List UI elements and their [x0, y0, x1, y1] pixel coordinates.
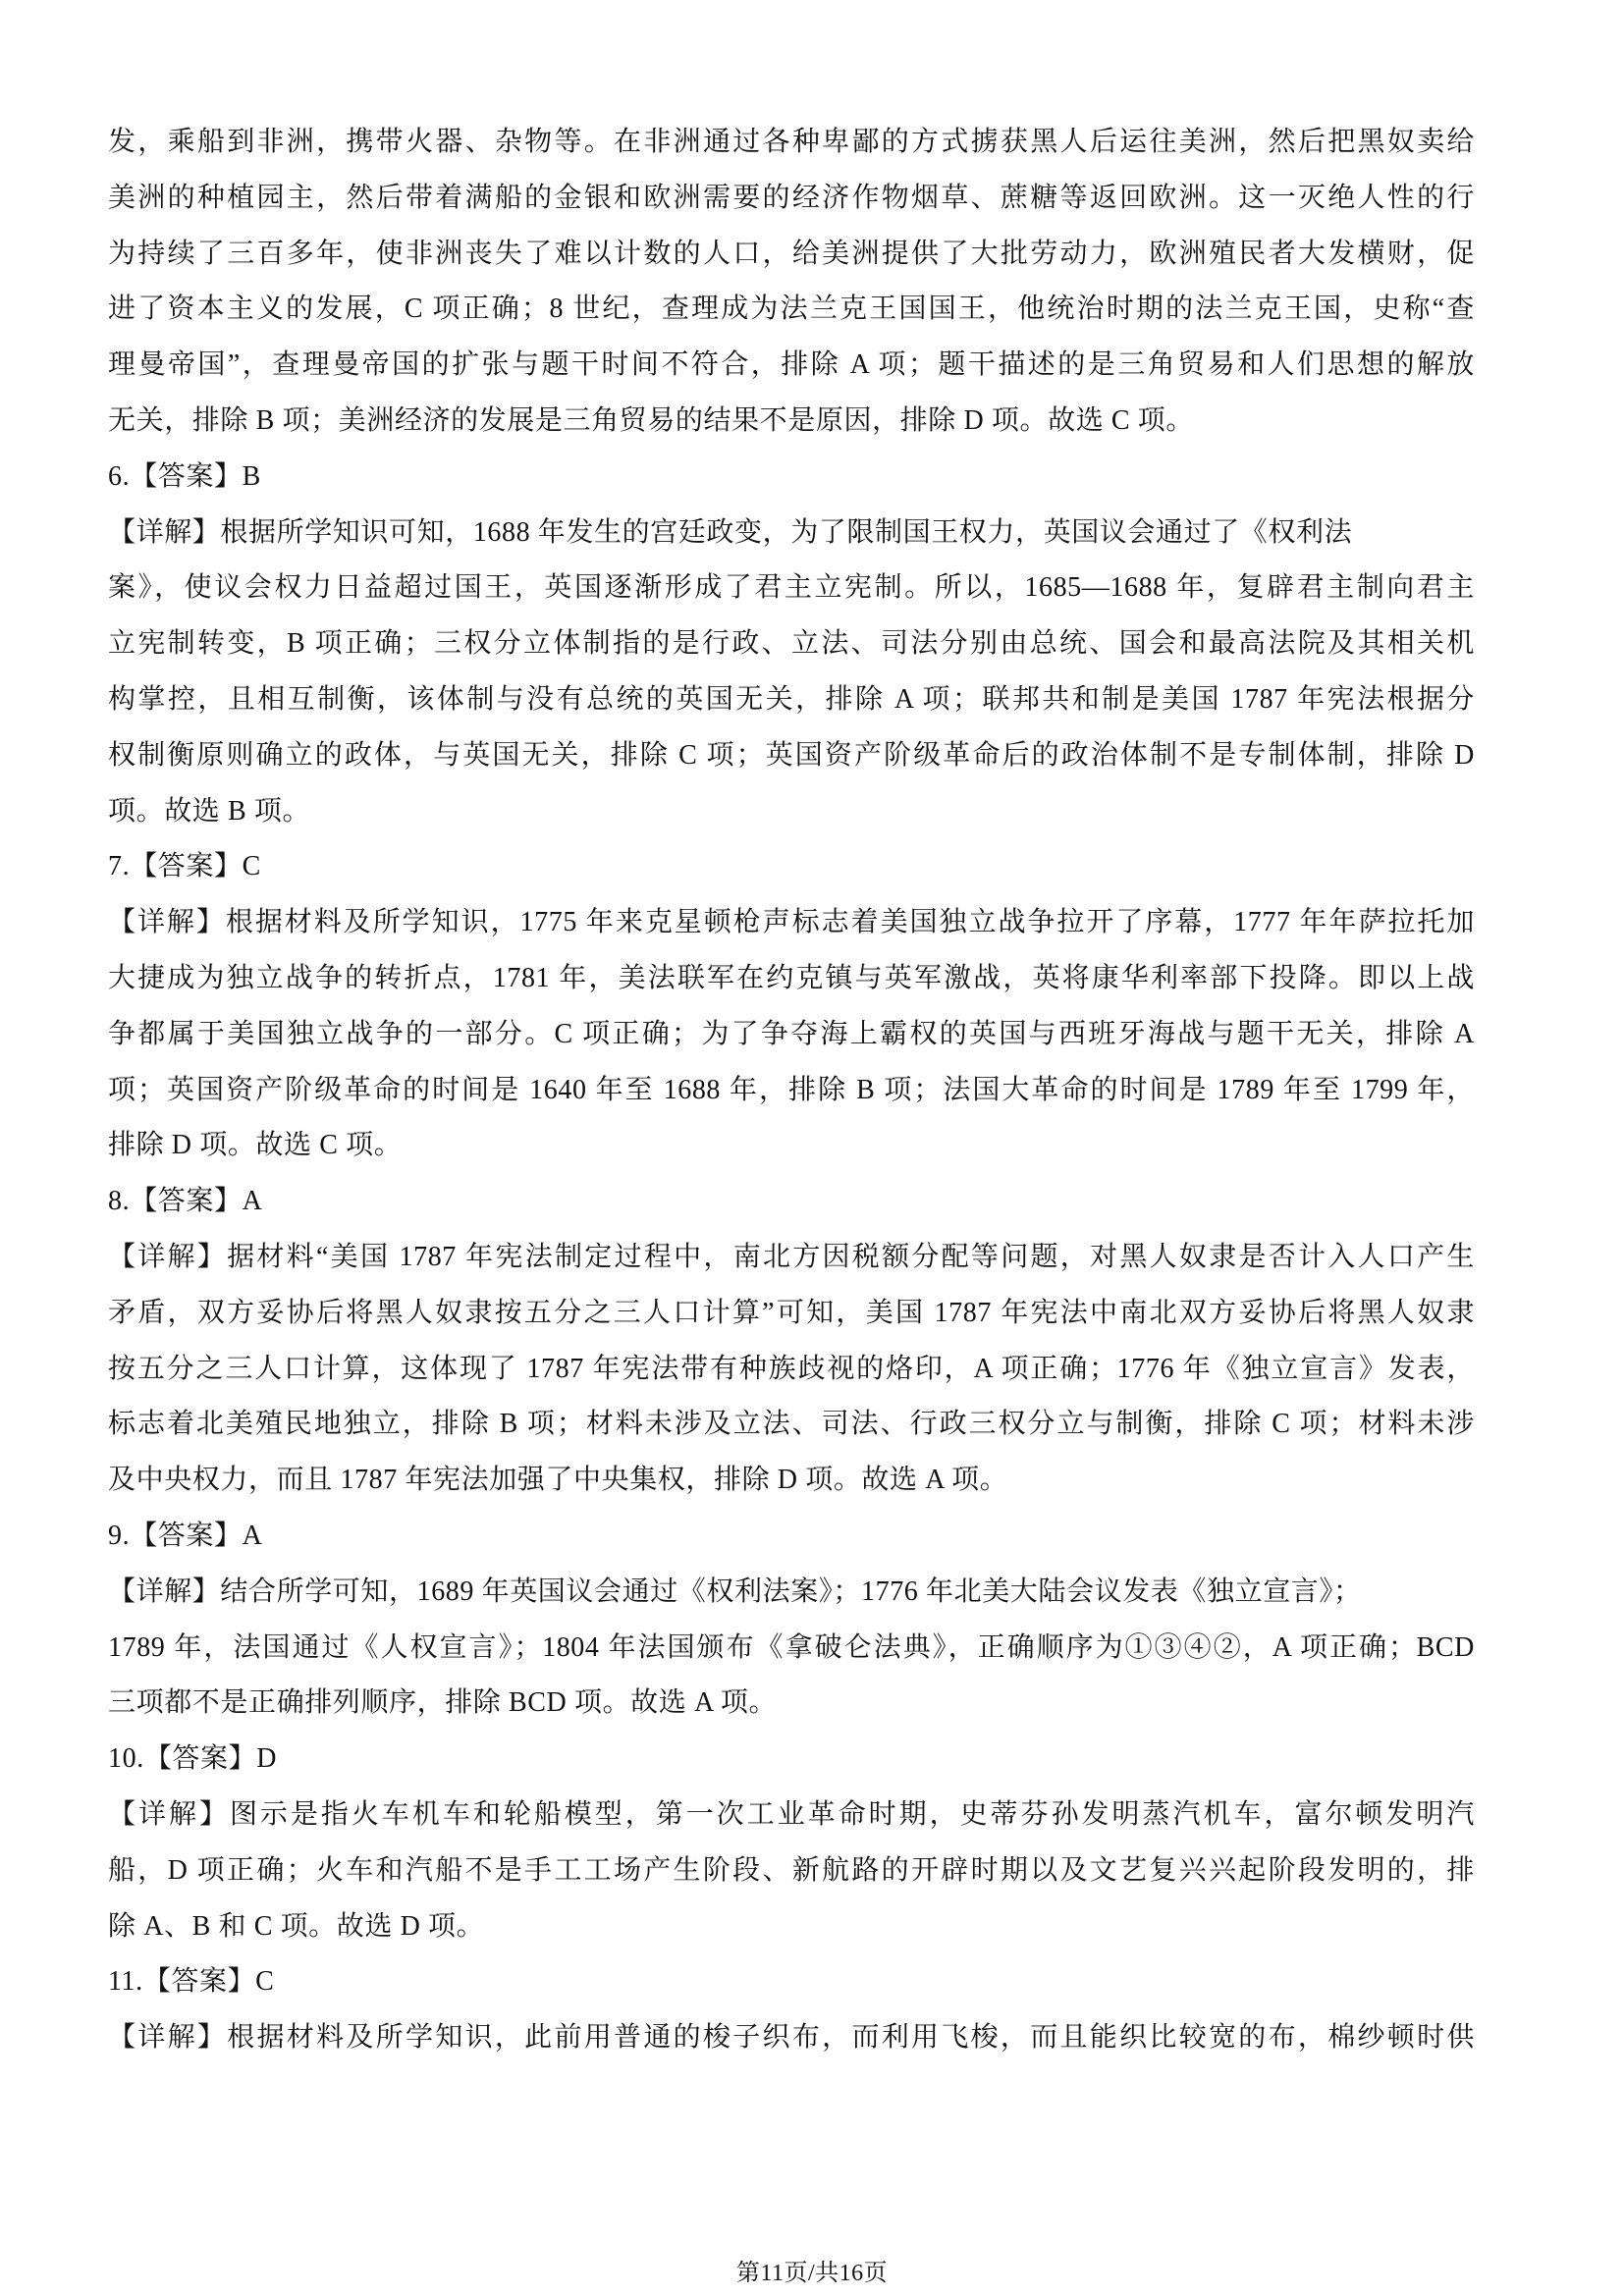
question-number: 10. [108, 1743, 144, 1774]
detail-line: 按五分之三人口计算，这体现了 1787 年宪法带有种族歧视的烙印，A 项正确；1… [108, 1342, 1475, 1398]
answer-letter: C [243, 851, 261, 881]
detail-line: 项；英国资产阶级革命的时间是 1640 年至 1688 年，排除 B 项；法国大… [108, 1063, 1475, 1119]
answer-letter: B [243, 461, 261, 492]
answer-label: 【答案】 [144, 1743, 256, 1774]
detail-line: 构掌控，且相互制衡，该体制与没有总统的英国无关，排除 A 项；联邦共和制是美国 … [108, 672, 1475, 728]
continuation-line: 美洲的种植园主，然后带着满船的金银和欧洲需要的经济作物烟草、蔗糖等返回欧洲。这一… [108, 171, 1475, 227]
detail-line: 排除 D 项。故选 C 项。 [108, 1118, 1475, 1174]
answer-label: 【答案】 [130, 851, 242, 881]
detail-line: 案》，使议会权力日益超过国王，英国逐渐形成了君主立宪制。所以，1685—1688… [108, 561, 1475, 616]
answer-letter: D [256, 1743, 277, 1774]
detail-line: 矛盾，双方妥协后将黑人奴隶按五分之三人口计算”可知，美国 1787 年宪法中南北… [108, 1286, 1475, 1342]
answer-line-q7: 7.【答案】C [108, 839, 1475, 895]
detail-line: 立宪制转变，B 项正确；三权分立体制指的是行政、立法、司法分别由总统、国会和最高… [108, 616, 1475, 672]
detail-line: 【详解】根据材料及所学知识，1775 年来克星顿枪声标志着美国独立战争拉开了序幕… [108, 895, 1475, 951]
answer-letter: A [243, 1186, 263, 1216]
question-number: 9. [108, 1521, 130, 1551]
answer-label: 【答案】 [130, 1521, 242, 1551]
detail-line: 大捷成为独立战争的转折点，1781 年，美法联军在约克镇与英军激战，英将康华利率… [108, 951, 1475, 1007]
page-footer: 第11页/共16页 [0, 2253, 1624, 2287]
question-number: 6. [108, 461, 130, 492]
question-number: 7. [108, 851, 130, 881]
answer-sheet-body: 发，乘船到非洲，携带火器、杂物等。在非洲通过各种卑鄙的方式掳获黑人后运往美洲，然… [108, 115, 1475, 2066]
detail-line: 【详解】根据材料及所学知识，此前用普通的梭子织布，而利用飞梭，而且能织比较宽的布… [108, 2010, 1475, 2066]
answer-letter: A [243, 1521, 263, 1551]
document-page: 发，乘船到非洲，携带火器、杂物等。在非洲通过各种卑鄙的方式掳获黑人后运往美洲，然… [0, 0, 1624, 2296]
detail-line: 船，D 项正确；火车和汽船不是手工工场产生阶段、新航路的开辟时期以及文艺复兴兴起… [108, 1843, 1475, 1899]
detail-line: 争都属于美国独立战争的一部分。C 项正确；为了争夺海上霸权的英国与西班牙海战与题… [108, 1007, 1475, 1063]
continuation-line: 为持续了三百多年，使非洲丧失了难以计数的人口，给美洲提供了大批劳动力，欧洲殖民者… [108, 227, 1475, 283]
detail-line: 1789 年，法国通过《人权宣言》；1804 年法国颁布《拿破仑法典》，正确顺序… [108, 1621, 1475, 1677]
question-number: 8. [108, 1186, 130, 1216]
answer-line-q8: 8.【答案】A [108, 1174, 1475, 1230]
detail-line: 三项都不是正确排列顺序，排除 BCD 项。故选 A 项。 [108, 1676, 1475, 1732]
answer-line-q10: 10.【答案】D [108, 1732, 1475, 1788]
answer-line-q9: 9.【答案】A [108, 1509, 1475, 1565]
continuation-line: 无关，排除 B 项；美洲经济的发展是三角贸易的结果不是原因，排除 D 项。故选 … [108, 394, 1475, 450]
answer-label: 【答案】 [130, 1186, 242, 1216]
answer-label: 【答案】 [130, 461, 242, 492]
detail-line: 权制衡原则确立的政体，与英国无关，排除 C 项；英国资产阶级革命后的政治体制不是… [108, 728, 1475, 784]
answer-line-q6: 6.【答案】B [108, 450, 1475, 506]
answer-line-q11: 11.【答案】C [108, 1954, 1475, 2010]
detail-line: 及中央权力，而且 1787 年宪法加强了中央集权，排除 D 项。故选 A 项。 [108, 1453, 1475, 1509]
detail-line: 【详解】结合所学可知，1689 年英国议会通过《权利法案》；1776 年北美大陆… [108, 1565, 1475, 1621]
detail-line: 【详解】图示是指火车机车和轮船模型，第一次工业革命时期，史蒂芬孙发明蒸汽机车，富… [108, 1788, 1475, 1843]
detail-line: 【详解】根据所学知识可知，1688 年发生的宫廷政变，为了限制国王权力，英国议会… [108, 506, 1475, 561]
detail-line: 项。故选 B 项。 [108, 784, 1475, 840]
detail-line: 【详解】据材料“美国 1787 年宪法制定过程中，南北方因税额分配等问题，对黑人… [108, 1230, 1475, 1286]
answer-letter: C [255, 1966, 274, 1997]
continuation-line: 进了资本主义的发展，C 项正确；8 世纪，查理成为法兰克王国国王，他统治时期的法… [108, 282, 1475, 338]
continuation-line: 理曼帝国”，查理曼帝国的扩张与题干时间不符合，排除 A 项；题干描述的是三角贸易… [108, 338, 1475, 394]
continuation-line: 发，乘船到非洲，携带火器、杂物等。在非洲通过各种卑鄙的方式掳获黑人后运往美洲，然… [108, 115, 1475, 171]
detail-line: 除 A、B 和 C 项。故选 D 项。 [108, 1899, 1475, 1955]
detail-line: 标志着北美殖民地独立，排除 B 项；材料未涉及立法、司法、行政三权分立与制衡，排… [108, 1397, 1475, 1453]
question-number: 11. [108, 1966, 143, 1997]
answer-label: 【答案】 [143, 1966, 255, 1997]
